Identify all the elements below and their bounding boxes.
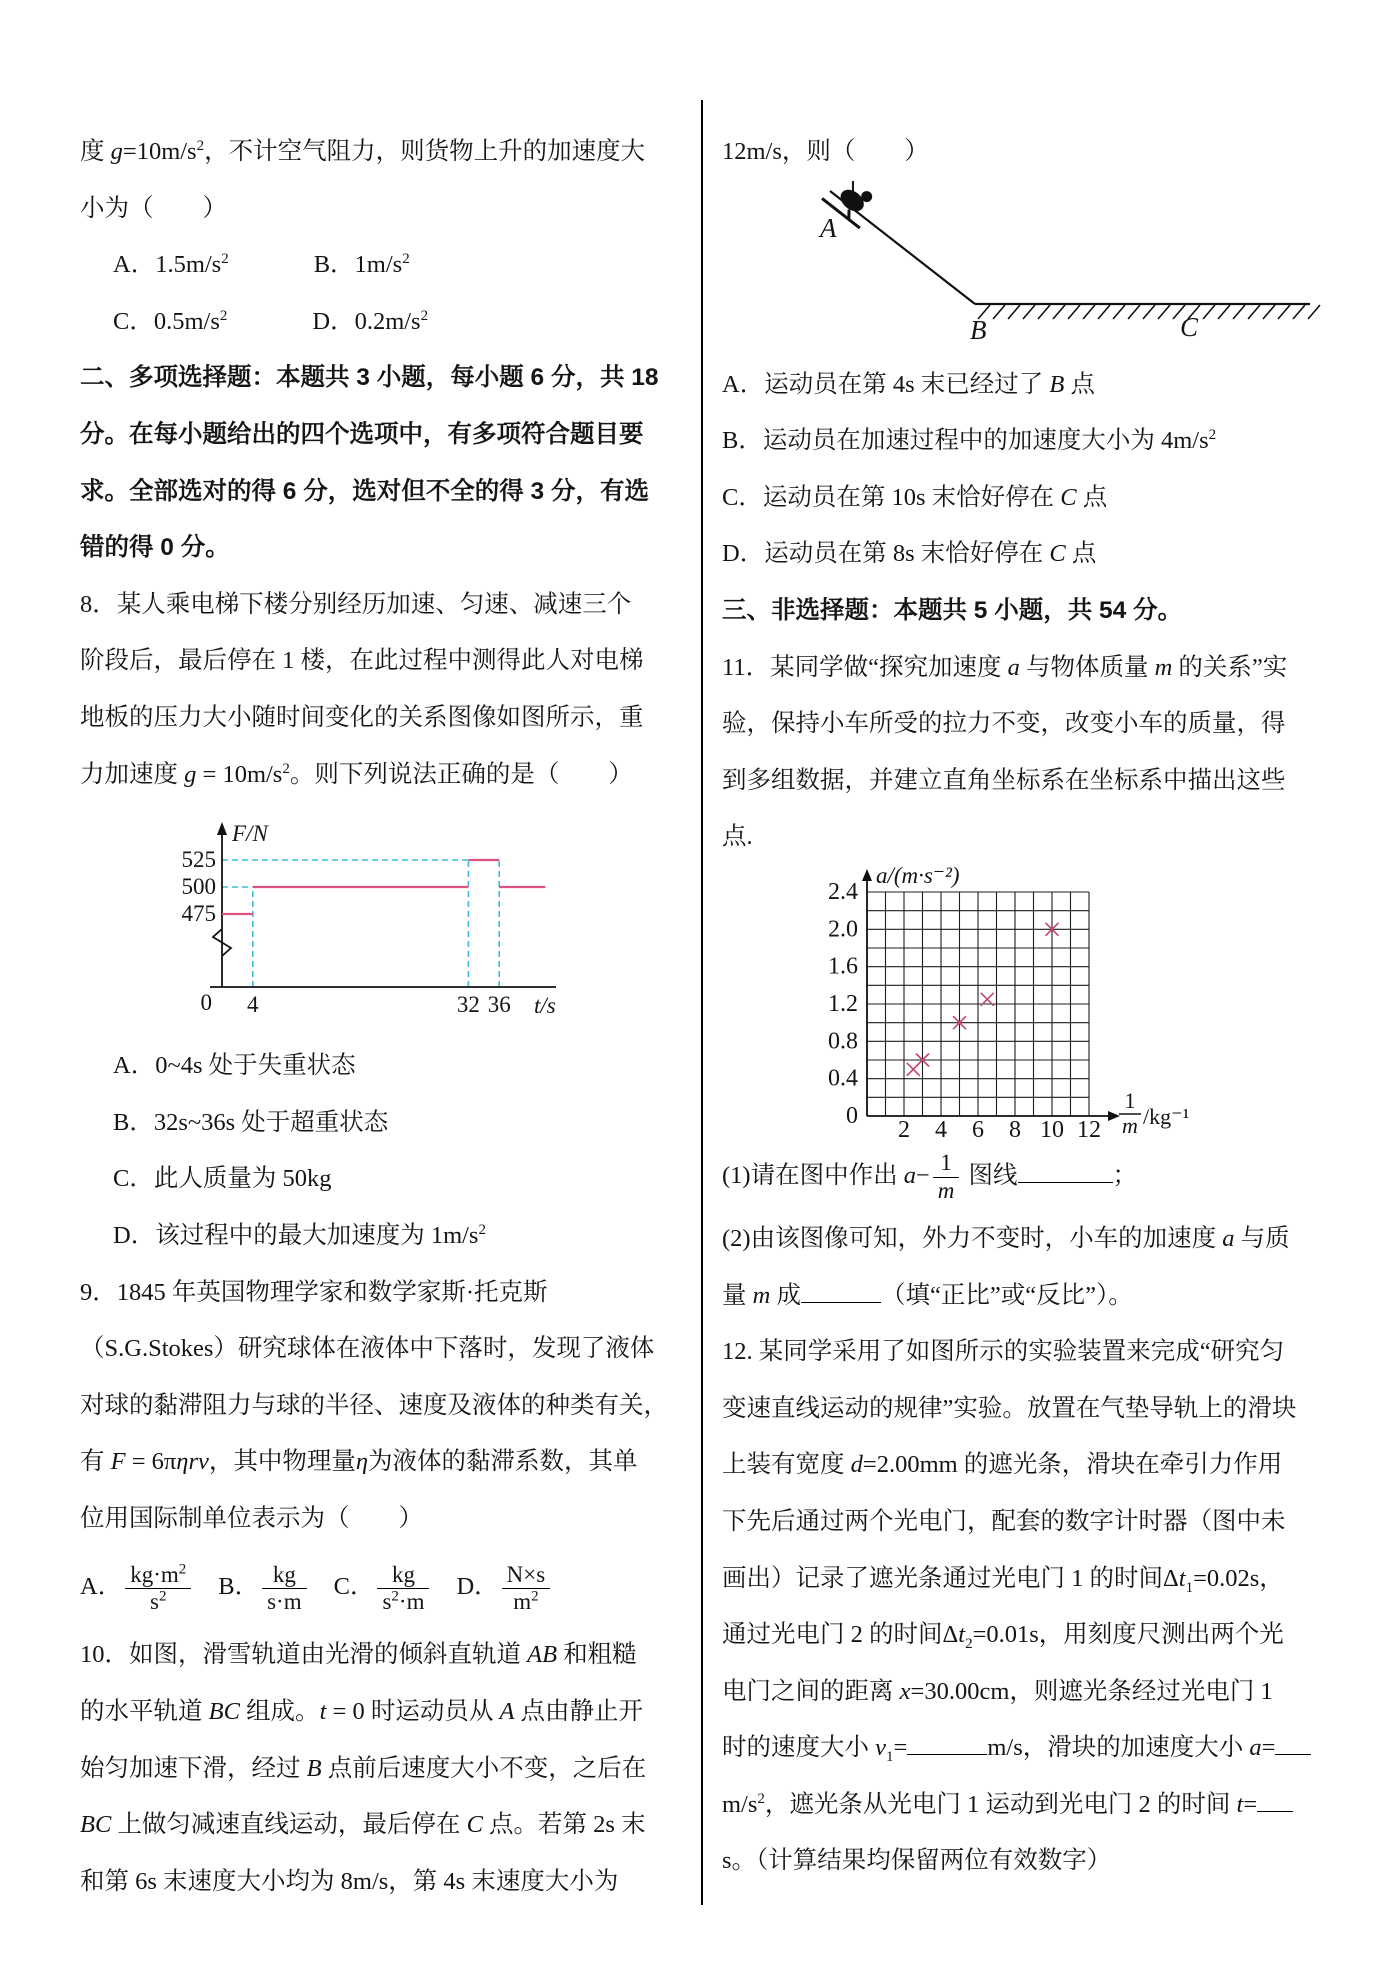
ground-hatching xyxy=(978,305,1320,319)
text-line: B．运动员在加速过程中的加速度大小为 4m/s2 xyxy=(722,413,1332,470)
text-line: 的水平轨道 BC 组成。t = 0 时运动员从 A 点由静止开 xyxy=(80,1684,572,1741)
svg-text:525: 525 xyxy=(182,847,217,872)
acceleration-inverse-mass-graph: 00.40.81.21.62.02.424681012a/(m·s⁻²)1m/k… xyxy=(762,866,1232,1138)
text-line: D．该过程中的最大加速度为 1m/s2 xyxy=(80,1208,572,1265)
point-a-label: A xyxy=(818,213,837,243)
text-line: 9．1845 年英国物理学家和数学家斯·托克斯 xyxy=(80,1265,572,1322)
text-line: A．运动员在第 4s 末已经过了 B 点 xyxy=(722,357,1332,414)
q11-blanks-q12-text: (1)请在图中作出 a−1m 图线；(2)由该图像可知，外力不变时，小车的加速度… xyxy=(722,1141,1332,1890)
text-line: s。（计算结果均保留两位有效数字） xyxy=(722,1833,1332,1890)
left-column: 度 g=10m/s2，不计空气阻力，则货物上升的加速度大小为（ ）A．1.5m/… xyxy=(80,124,572,1910)
text-line: 变速直线运动的规律”实验。放置在气垫导轨上的滑块 xyxy=(722,1381,1332,1438)
svg-text:1: 1 xyxy=(1125,1088,1136,1113)
svg-text:1.2: 1.2 xyxy=(828,991,858,1017)
text-line: C．运动员在第 10s 末恰好停在 C 点 xyxy=(722,470,1332,527)
svg-text:2.4: 2.4 xyxy=(828,879,858,905)
text-line: (2)由该图像可知，外力不变时，小车的加速度 a 与质 xyxy=(722,1211,1332,1268)
text-line: (1)请在图中作出 a−1m 图线； xyxy=(722,1141,1332,1211)
exam-paper-page: 度 g=10m/s2，不计空气阻力，则货物上升的加速度大小为（ ）A．1.5m/… xyxy=(0,0,1389,1964)
text-line: 10．如图，滑雪轨道由光滑的倾斜直轨道 AB 和粗糙 xyxy=(80,1627,572,1684)
svg-text:6: 6 xyxy=(972,1117,984,1138)
question10-options-section3-q11-text: A．运动员在第 4s 末已经过了 B 点B．运动员在加速过程中的加速度大小为 4… xyxy=(722,357,1332,866)
text-line: 画出）记录了遮光条通过光电门 1 的时间Δt1=0.02s， xyxy=(722,1551,1332,1608)
text-line: 下先后通过两个光电门，配套的数字计时器（图中未 xyxy=(722,1494,1332,1551)
svg-text:F/N: F/N xyxy=(231,821,269,846)
text-line: 分。在每小题给出的四个选项中，有多项符合题目要 xyxy=(80,407,572,464)
text-line: 求。全部选对的得 6 分，选对但不全的得 3 分，有选 xyxy=(80,464,572,521)
text-line: 到多组数据，并建立直角坐标系在坐标系中描出这些 xyxy=(722,753,1332,810)
text-line: 电门之间的距离 x=30.00cm，则遮光条经过光电门 1 xyxy=(722,1664,1332,1721)
text-line: （S.G.Stokes）研究球体在液体中下落时，发现了液体 xyxy=(80,1321,572,1378)
svg-text:t/s: t/s xyxy=(534,993,556,1018)
svg-text:0.8: 0.8 xyxy=(828,1028,858,1054)
svg-text:0: 0 xyxy=(201,990,213,1015)
svg-text:1.6: 1.6 xyxy=(828,954,858,980)
svg-text:0: 0 xyxy=(846,1103,858,1129)
text-line: 三、非选择题：本题共 5 小题，共 54 分。 xyxy=(722,583,1332,640)
question10-continued-text: 12m/s，则（ ） xyxy=(722,124,1332,181)
ski-slope-diagram: A B C xyxy=(722,181,1332,357)
svg-text:500: 500 xyxy=(182,874,217,899)
text-line: 位用国际制单位表示为（ ） xyxy=(80,1491,572,1548)
text-line: 二、多项选择题：本题共 3 小题，每小题 6 分，共 18 xyxy=(80,350,572,407)
text-line: 时的速度大小 v1=m/s，滑块的加速度大小 a= xyxy=(722,1720,1332,1777)
text-line: 阶段后，最后停在 1 楼，在此过程中测得此人对电梯 xyxy=(80,633,572,690)
text-line: 8．某人乘电梯下楼分别经历加速、匀速、减速三个 xyxy=(80,577,572,634)
svg-text:8: 8 xyxy=(1009,1117,1021,1138)
text-line: A．kg·m2s2B．kgs·mC．kgs2·mD．N×sm2 xyxy=(80,1547,572,1627)
svg-text:/kg⁻¹: /kg⁻¹ xyxy=(1143,1104,1189,1129)
text-line: C．此人质量为 50kg xyxy=(80,1151,572,1208)
text-line: 11．某同学做“探究加速度 a 与物体质量 m 的关系”实 xyxy=(722,640,1332,697)
force-time-graph: 475500525043236F/Nt/s xyxy=(132,817,562,1032)
svg-text:0.4: 0.4 xyxy=(828,1066,858,1092)
text-line: BC 上做匀减速直线运动，最后停在 C 点。若第 2s 末 xyxy=(80,1797,572,1854)
text-line: C．0.5m/s2D．0.2m/s2 xyxy=(80,294,572,351)
svg-text:32: 32 xyxy=(457,992,480,1017)
text-line: A．1.5m/s2B．1m/s2 xyxy=(80,237,572,294)
text-line: 量 m 成（填“正比”或“反比”）。 xyxy=(722,1268,1332,1325)
ski-slope-figure: A B C xyxy=(722,181,1332,357)
text-line: 度 g=10m/s2，不计空气阻力，则货物上升的加速度大 xyxy=(80,124,572,181)
text-line: 地板的压力大小随时间变化的关系图像如图所示，重 xyxy=(80,690,572,747)
point-b-label: B xyxy=(970,315,987,345)
text-line: D．运动员在第 8s 末恰好停在 C 点 xyxy=(722,526,1332,583)
text-line: 小为（ ） xyxy=(80,181,572,238)
text-line: 验，保持小车所受的拉力不变，改变小车的质量，得 xyxy=(722,696,1332,753)
text-line: m/s2，遮光条从光电门 1 运动到光电门 2 的时间 t= xyxy=(722,1777,1332,1834)
text-line: 和第 6s 末速度大小均为 8m/s，第 4s 末速度大小为 xyxy=(80,1854,572,1911)
point-c-label: C xyxy=(1180,312,1199,342)
svg-text:10: 10 xyxy=(1040,1117,1064,1138)
text-line: 有 F = 6πηrv，其中物理量η为液体的黏滞系数，其单 xyxy=(80,1434,572,1491)
force-time-graph-figure: 475500525043236F/Nt/s xyxy=(80,803,572,1038)
text-line: 上装有宽度 d=2.00mm 的遮光条，滑块在牵引力作用 xyxy=(722,1437,1332,1494)
svg-text:2: 2 xyxy=(898,1117,910,1138)
acceleration-graph-figure: 00.40.81.21.62.02.424681012a/(m·s⁻²)1m/k… xyxy=(722,866,1332,1141)
svg-text:a/(m·s⁻²): a/(m·s⁻²) xyxy=(876,866,960,888)
text-line: 通过光电门 2 的时间Δt2=0.01s，用刻度尺测出两个光 xyxy=(722,1607,1332,1664)
question7-8-text: 度 g=10m/s2，不计空气阻力，则货物上升的加速度大小为（ ）A．1.5m/… xyxy=(80,124,572,803)
text-line: A．0~4s 处于失重状态 xyxy=(80,1038,572,1095)
svg-text:4: 4 xyxy=(935,1117,947,1138)
text-line: 错的得 0 分。 xyxy=(80,520,572,577)
text-line: B．32s~36s 处于超重状态 xyxy=(80,1095,572,1152)
right-column: 12m/s，则（ ） A B C A．运动员在第 4s 末已经过了 B 点B．运… xyxy=(722,124,1332,1890)
question8-options-q9-q10-text: A．0~4s 处于失重状态B．32s~36s 处于超重状态C．此人质量为 50k… xyxy=(80,1038,572,1910)
text-line: 12m/s，则（ ） xyxy=(722,124,1332,181)
text-line: 始匀加速下滑，经过 B 点前后速度大小不变，之后在 xyxy=(80,1741,572,1798)
column-divider xyxy=(701,100,703,1905)
text-line: 12. 某同学采用了如图所示的实验装置来完成“研究匀 xyxy=(722,1324,1332,1381)
text-line: 对球的黏滞阻力与球的半径、速度及液体的种类有关， xyxy=(80,1378,572,1435)
text-line: 点. xyxy=(722,809,1332,866)
svg-text:4: 4 xyxy=(247,992,259,1017)
text-line: 力加速度 g = 10m/s2。则下列说法正确的是（ ） xyxy=(80,747,572,804)
svg-text:12: 12 xyxy=(1077,1117,1101,1138)
svg-text:36: 36 xyxy=(488,992,511,1017)
svg-text:475: 475 xyxy=(182,901,217,926)
svg-text:m: m xyxy=(1122,1113,1138,1138)
svg-text:2.0: 2.0 xyxy=(828,916,858,942)
